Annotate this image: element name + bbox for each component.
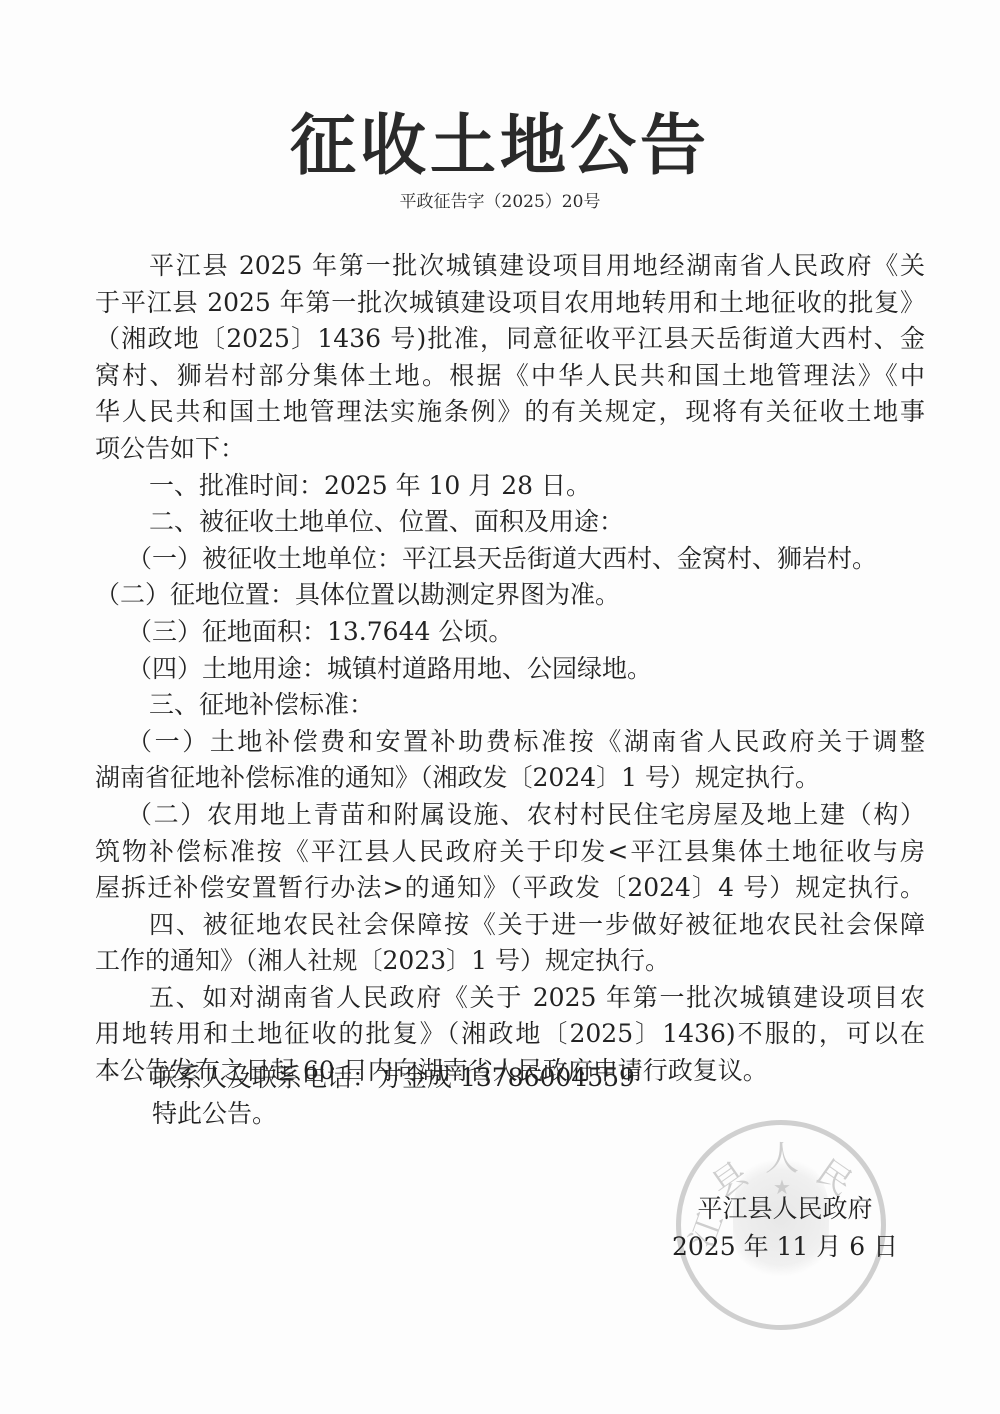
seal-char: 人: [765, 1131, 799, 1180]
body-line: 窝村、狮岩村部分集体土地。根据《中华人民共和国土地管理法》《中: [95, 358, 925, 395]
compensation-item-2-cont: 屋拆迁补偿安置暂行办法>的通知》（平政发〔2024〕4 号）规定执行。: [95, 870, 925, 907]
compensation-item-2-cont: 筑物补偿标准按《平江县人民政府关于印发<平江县集体土地征收与房: [95, 834, 925, 871]
section-appeal-cont: 用地转用和土地征收的批复》（湘政地〔2025〕1436)不服的，可以在: [95, 1016, 925, 1053]
document-page: 征收土地公告 平政征告字（2025）20号 平江县 2025 年第一批次城镇建设…: [0, 0, 1000, 1414]
body-line: 于平江县 2025 年第一批次城镇建设项目农用地转用和土地征收的批复》: [95, 285, 925, 322]
section-compensation-heading: 三、征地补偿标准：: [95, 687, 925, 724]
land-location-item: （二）征地位置：具体位置以勘测定界图为准。: [95, 577, 925, 614]
issuer-name: 平江县人民政府: [672, 1190, 898, 1228]
body-line: （湘政地〔2025〕1436 号)批准，同意征收平江县天岳街道大西村、金: [95, 321, 925, 358]
section-land-info-heading: 二、被征收土地单位、位置、面积及用途：: [95, 504, 925, 541]
issue-date: 2025 年 11 月 6 日: [672, 1228, 898, 1266]
contact-block: 联系人及联系电话：方金成 13786004559 特此公告。: [152, 1060, 635, 1132]
compensation-item-1: （一）土地补偿费和安置补助费标准按《湖南省人民政府关于调整: [95, 724, 925, 761]
body-line: 项公告如下：: [95, 431, 925, 468]
land-use-item: （四）土地用途：城镇村道路用地、公园绿地。: [95, 651, 925, 688]
section-social-security-cont: 工作的通知》（湘人社规〔2023〕1 号）规定执行。: [95, 943, 925, 980]
body-line: 平江县 2025 年第一批次城镇建设项目用地经湖南省人民政府《关: [95, 248, 925, 285]
contact-info: 联系人及联系电话：方金成 13786004559: [152, 1060, 635, 1096]
document-number: 平政征告字（2025）20号: [0, 187, 1000, 212]
section-approval-time: 一、批准时间：2025 年 10 月 28 日。: [95, 468, 925, 505]
body-line: 华人民共和国土地管理法实施条例》的有关规定，现将有关征收土地事: [95, 394, 925, 431]
section-social-security: 四、被征地农民社会保障按《关于进一步做好被征地农民社会保障: [95, 907, 925, 944]
announcement-body: 平江县 2025 年第一批次城镇建设项目用地经湖南省人民政府《关 于平江县 20…: [95, 248, 925, 1090]
signature-block: 平江县人民政府 2025 年 11 月 6 日: [672, 1190, 898, 1266]
land-unit-item: （一）被征收土地单位：平江县天岳街道大西村、金窝村、狮岩村。: [95, 541, 925, 578]
land-area-item: （三）征地面积：13.7644 公顷。: [95, 614, 925, 651]
page-title: 征收土地公告: [0, 92, 1000, 187]
closing-text: 特此公告。: [152, 1096, 635, 1132]
compensation-item-1-cont: 湖南省征地补偿标准的通知》（湘政发〔2024〕1 号）规定执行。: [95, 760, 925, 797]
compensation-item-2: （二）农用地上青苗和附属设施、农村村民住宅房屋及地上建（构）: [95, 797, 925, 834]
section-appeal: 五、如对湖南省人民政府《关于 2025 年第一批次城镇建设项目农: [95, 980, 925, 1017]
